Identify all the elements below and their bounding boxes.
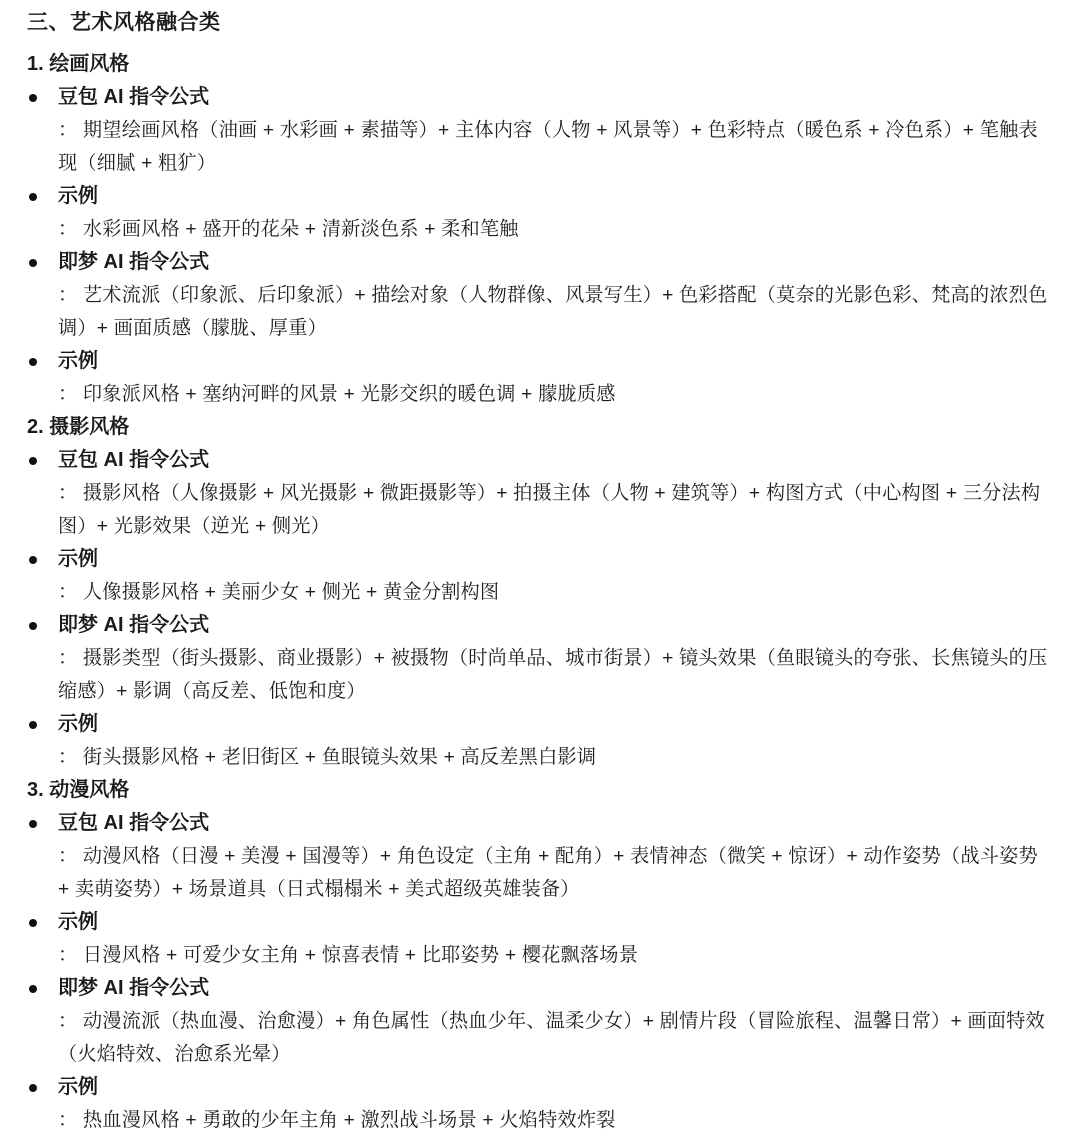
bullet-icon xyxy=(29,1084,37,1092)
list-item: 豆包 AI 指令公式 ： 动漫风格（日漫 + 美漫 + 国漫等）+ 角色设定（主… xyxy=(0,807,1080,906)
item-label-row: 即梦 AI 指令公式 xyxy=(0,246,1080,279)
section-anime-style: 3. 动漫风格 豆包 AI 指令公式 ： 动漫风格（日漫 + 美漫 + 国漫等）… xyxy=(0,774,1080,1137)
bullet-icon xyxy=(29,457,37,465)
item-label: 示例 xyxy=(58,350,98,372)
bullet-icon xyxy=(29,556,37,564)
item-text: ： 动漫风格（日漫 + 美漫 + 国漫等）+ 角色设定（主角 + 配角）+ 表情… xyxy=(0,840,1080,906)
item-label: 示例 xyxy=(58,1076,98,1098)
bullet-icon xyxy=(29,358,37,366)
item-label: 示例 xyxy=(58,911,98,933)
bullet-icon xyxy=(29,259,37,267)
item-label: 豆包 AI 指令公式 xyxy=(58,812,209,834)
list-item: 即梦 AI 指令公式 ： 摄影类型（街头摄影、商业摄影）+ 被摄物（时尚单品、城… xyxy=(0,609,1080,708)
item-label-row: 示例 xyxy=(0,708,1080,741)
item-label-row: 即梦 AI 指令公式 xyxy=(0,972,1080,1005)
item-label: 豆包 AI 指令公式 xyxy=(58,449,209,471)
item-text: ： 动漫流派（热血漫、治愈漫）+ 角色属性（热血少年、温柔少女）+ 剧情片段（冒… xyxy=(0,1005,1080,1071)
page-title: 三、艺术风格融合类 xyxy=(27,6,221,39)
item-label-row: 即梦 AI 指令公式 xyxy=(0,609,1080,642)
document-content: 1. 绘画风格 豆包 AI 指令公式 ： 期望绘画风格（油画 + 水彩画 + 素… xyxy=(0,48,1080,1137)
section-painting-style: 1. 绘画风格 豆包 AI 指令公式 ： 期望绘画风格（油画 + 水彩画 + 素… xyxy=(0,48,1080,411)
list-item: 豆包 AI 指令公式 ： 期望绘画风格（油画 + 水彩画 + 素描等）+ 主体内… xyxy=(0,81,1080,180)
list-item: 示例 ： 水彩画风格 + 盛开的花朵 + 清新淡色系 + 柔和笔触 xyxy=(0,180,1080,246)
item-text: ： 热血漫风格 + 勇敢的少年主角 + 激烈战斗场景 + 火焰特效炸裂 xyxy=(0,1104,1080,1137)
item-label-row: 示例 xyxy=(0,180,1080,213)
item-label: 即梦 AI 指令公式 xyxy=(58,614,209,636)
item-text: ： 人像摄影风格 + 美丽少女 + 侧光 + 黄金分割构图 xyxy=(0,576,1080,609)
item-text: ： 摄影风格（人像摄影 + 风光摄影 + 微距摄影等）+ 拍摄主体（人物 + 建… xyxy=(0,477,1080,543)
item-label-row: 示例 xyxy=(0,543,1080,576)
section-heading: 1. 绘画风格 xyxy=(0,48,1080,81)
bullet-icon xyxy=(29,622,37,630)
list-item: 豆包 AI 指令公式 ： 摄影风格（人像摄影 + 风光摄影 + 微距摄影等）+ … xyxy=(0,444,1080,543)
bullet-icon xyxy=(29,820,37,828)
item-label-row: 示例 xyxy=(0,906,1080,939)
section-heading: 2. 摄影风格 xyxy=(0,411,1080,444)
item-text: ： 摄影类型（街头摄影、商业摄影）+ 被摄物（时尚单品、城市街景）+ 镜头效果（… xyxy=(0,642,1080,708)
list-item: 示例 ： 印象派风格 + 塞纳河畔的风景 + 光影交织的暖色调 + 朦胧质感 xyxy=(0,345,1080,411)
item-text: ： 期望绘画风格（油画 + 水彩画 + 素描等）+ 主体内容（人物 + 风景等）… xyxy=(0,114,1080,180)
item-label-row: 豆包 AI 指令公式 xyxy=(0,81,1080,114)
item-text: ： 日漫风格 + 可爱少女主角 + 惊喜表情 + 比耶姿势 + 樱花飘落场景 xyxy=(0,939,1080,972)
list-item: 即梦 AI 指令公式 ： 艺术流派（印象派、后印象派）+ 描绘对象（人物群像、风… xyxy=(0,246,1080,345)
section-heading: 3. 动漫风格 xyxy=(0,774,1080,807)
item-label-row: 豆包 AI 指令公式 xyxy=(0,807,1080,840)
item-text: ： 水彩画风格 + 盛开的花朵 + 清新淡色系 + 柔和笔触 xyxy=(0,213,1080,246)
item-label: 即梦 AI 指令公式 xyxy=(58,977,209,999)
item-label-row: 豆包 AI 指令公式 xyxy=(0,444,1080,477)
item-label-row: 示例 xyxy=(0,1071,1080,1104)
item-label: 示例 xyxy=(58,713,98,735)
item-text: ： 艺术流派（印象派、后印象派）+ 描绘对象（人物群像、风景写生）+ 色彩搭配（… xyxy=(0,279,1080,345)
list-item: 示例 ： 人像摄影风格 + 美丽少女 + 侧光 + 黄金分割构图 xyxy=(0,543,1080,609)
item-text: ： 印象派风格 + 塞纳河畔的风景 + 光影交织的暖色调 + 朦胧质感 xyxy=(0,378,1080,411)
item-label-row: 示例 xyxy=(0,345,1080,378)
item-label: 示例 xyxy=(58,548,98,570)
bullet-icon xyxy=(29,919,37,927)
bullet-icon xyxy=(29,193,37,201)
item-text: ： 街头摄影风格 + 老旧街区 + 鱼眼镜头效果 + 高反差黑白影调 xyxy=(0,741,1080,774)
item-label: 即梦 AI 指令公式 xyxy=(58,251,209,273)
bullet-icon xyxy=(29,94,37,102)
item-label: 示例 xyxy=(58,185,98,207)
list-item: 示例 ： 日漫风格 + 可爱少女主角 + 惊喜表情 + 比耶姿势 + 樱花飘落场… xyxy=(0,906,1080,972)
list-item: 示例 ： 街头摄影风格 + 老旧街区 + 鱼眼镜头效果 + 高反差黑白影调 xyxy=(0,708,1080,774)
section-photography-style: 2. 摄影风格 豆包 AI 指令公式 ： 摄影风格（人像摄影 + 风光摄影 + … xyxy=(0,411,1080,774)
bullet-icon xyxy=(29,985,37,993)
item-label: 豆包 AI 指令公式 xyxy=(58,86,209,108)
list-item: 示例 ： 热血漫风格 + 勇敢的少年主角 + 激烈战斗场景 + 火焰特效炸裂 xyxy=(0,1071,1080,1137)
list-item: 即梦 AI 指令公式 ： 动漫流派（热血漫、治愈漫）+ 角色属性（热血少年、温柔… xyxy=(0,972,1080,1071)
document-page: 三、艺术风格融合类 1. 绘画风格 豆包 AI 指令公式 ： 期望绘画风格（油画… xyxy=(0,0,1080,4)
bullet-icon xyxy=(29,721,37,729)
